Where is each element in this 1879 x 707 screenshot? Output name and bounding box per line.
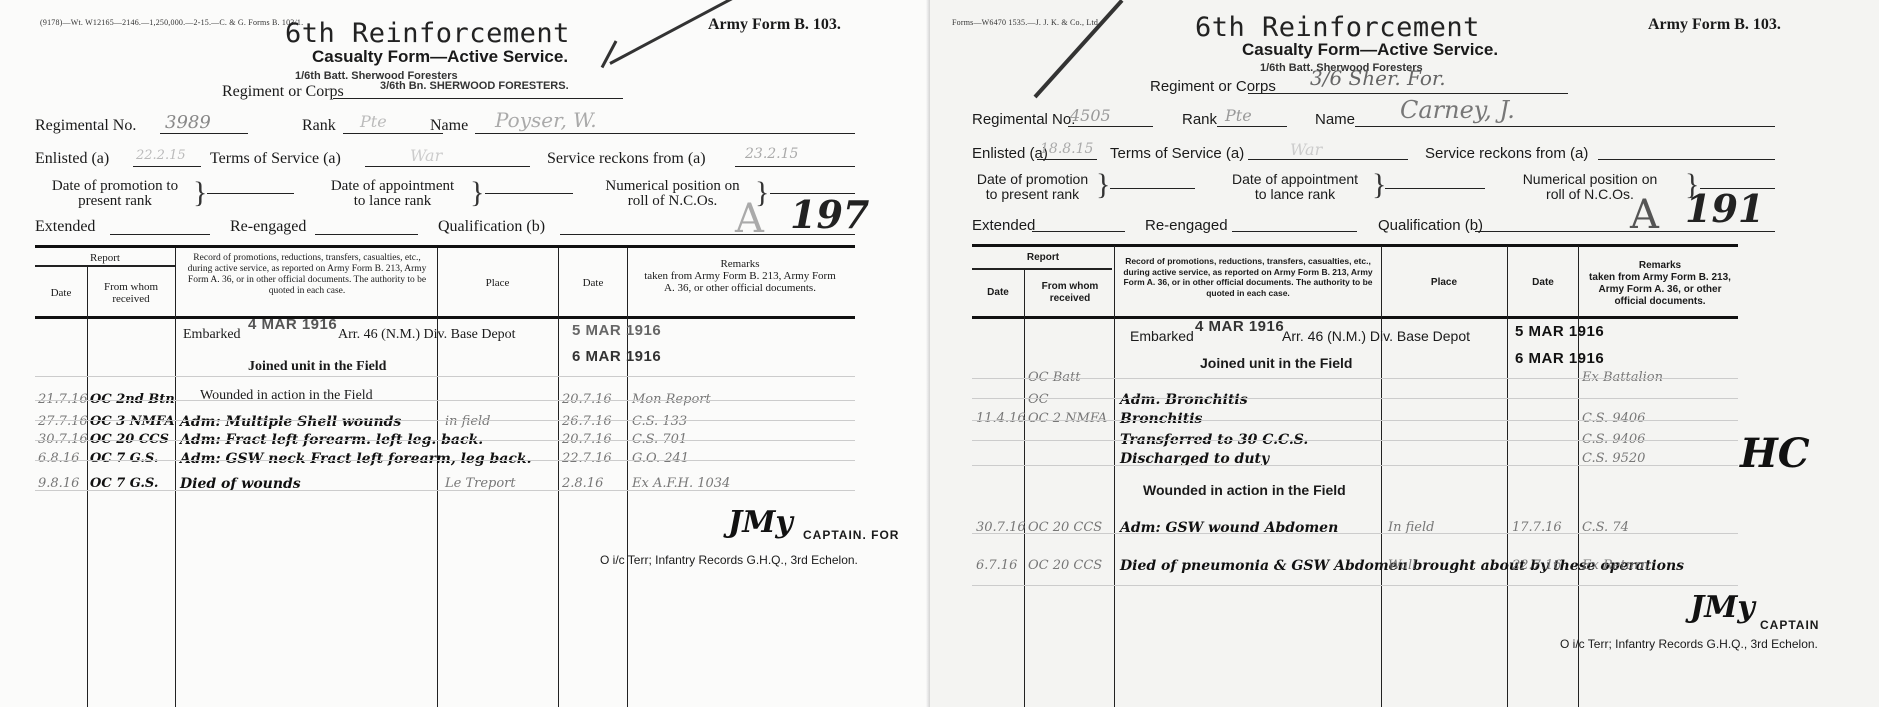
terms-of-service-value: War bbox=[1290, 140, 1322, 159]
appointment-label: Date of appointmentto lance rank bbox=[1210, 172, 1380, 202]
th-remarks-title: Remarks bbox=[1639, 260, 1681, 271]
qualification-label: Qualification (b) bbox=[438, 218, 545, 236]
th-remarks-sub: taken from Army Form B. 213, Army Form A… bbox=[644, 270, 836, 294]
th-record: Record of promotions, reductions, transf… bbox=[182, 253, 432, 297]
appointment-label: Date of appointmentto lance rank bbox=[310, 179, 475, 209]
captain-title: CAPTAIN bbox=[1760, 618, 1819, 632]
ruled-line bbox=[35, 400, 855, 401]
ruled-line bbox=[972, 585, 1738, 586]
ruled-line bbox=[972, 533, 1738, 534]
brace: } bbox=[1372, 168, 1386, 202]
embarked-stamp: 4 MAR 1916 bbox=[248, 316, 337, 333]
nco-label-line2: roll of N.C.Os. bbox=[1546, 186, 1634, 202]
enlisted-value: 22.2.15 bbox=[136, 148, 186, 163]
cell-date2: 26.7.16 bbox=[562, 414, 612, 429]
enlisted-label: Enlisted (a) bbox=[35, 150, 109, 168]
casualty-form-left: (9178)—Wt. W12165—2146.—1,250,000.—2-15.… bbox=[0, 0, 930, 707]
enlisted-value: 18.8.15 bbox=[1040, 141, 1093, 157]
cell-from: OC 20 CCS bbox=[1028, 558, 1102, 573]
ruled-line bbox=[972, 420, 1738, 421]
army-form-number: Army Form B. 103. bbox=[1648, 16, 1781, 34]
cell-place: Le Treport bbox=[445, 476, 516, 491]
embarked-label: Embarked bbox=[183, 327, 241, 343]
cell-record: Adm: Multiple Shell wounds bbox=[180, 414, 401, 430]
promotion-label-line1: Date of promotion to bbox=[52, 178, 178, 194]
cell-from: OC 7 G.S. bbox=[90, 476, 158, 491]
print-code: Forms—W6470 1535.—J. J. K. & Co., Ltd. bbox=[952, 18, 1100, 27]
army-form-number: Army Form B. 103. bbox=[708, 16, 841, 34]
print-code: (9178)—Wt. W12165—2146.—1,250,000.—2-15.… bbox=[40, 18, 303, 27]
service-reckons-value: 23.2.15 bbox=[745, 146, 798, 162]
cell-date: 6.7.16 bbox=[976, 558, 1017, 573]
appointment-label-line1: Date of appointment bbox=[1232, 171, 1358, 187]
regimental-no-label: Regimental No. bbox=[972, 111, 1075, 128]
records-office-stamp: O i/c Terr; Infantry Records G.H.Q., 3rd… bbox=[600, 553, 858, 567]
th-remarks-sub: taken from Army Form B. 213, Army Form A… bbox=[1589, 272, 1731, 307]
pen-arrow-head bbox=[601, 40, 618, 68]
cell-from: OC 2 NMFA bbox=[1028, 411, 1107, 426]
form-title: Casualty Form—Active Service. bbox=[312, 47, 568, 67]
records-office-stamp: O i/c Terr; Infantry Records G.H.Q., 3rd… bbox=[1560, 637, 1818, 651]
promotion-label-line1: Date of promotion bbox=[977, 171, 1088, 187]
ruled-line bbox=[35, 420, 855, 421]
nco-label-line1: Numerical position on bbox=[605, 178, 739, 194]
cell-record: Bronchitis bbox=[1120, 411, 1202, 427]
reinforcement-heading: 6th Reinforcement bbox=[285, 18, 570, 49]
name-label: Name bbox=[1315, 111, 1355, 128]
cell-remarks: C.S. 133 bbox=[632, 414, 687, 429]
cell-date: 27.7.16 bbox=[38, 414, 88, 429]
cell-place: in field bbox=[445, 414, 491, 429]
terms-of-service-value: War bbox=[410, 146, 442, 165]
joined-label: Joined unit in the Field bbox=[248, 359, 386, 375]
embarked-label: Embarked bbox=[1130, 328, 1194, 344]
table-top-rule bbox=[972, 244, 1738, 247]
cell-from: OC 3 NMFA bbox=[90, 414, 175, 429]
rank-label: Rank bbox=[1182, 111, 1217, 128]
nco-label-line2: roll of N.C.Os. bbox=[628, 193, 718, 209]
name-value: Poyser, W. bbox=[495, 108, 597, 132]
cell-record: Adm. Bronchitis bbox=[1120, 392, 1248, 408]
regiment-label: Regiment or Corps bbox=[222, 83, 344, 101]
rank-value: Pte bbox=[360, 112, 387, 131]
arrived-date-stamp: 5 MAR 1916 bbox=[1515, 323, 1604, 340]
name-label: Name bbox=[430, 117, 468, 135]
th-date2: Date bbox=[560, 277, 626, 289]
ruled-line bbox=[35, 460, 855, 461]
th-remarks-title: Remarks bbox=[720, 258, 759, 270]
th-date: Date bbox=[972, 287, 1024, 299]
arrived-label: Arr. 46 (N.M.) Div. Base Depot bbox=[1282, 328, 1470, 344]
service-reckons-label: Service reckons from (a) bbox=[547, 150, 706, 168]
th-date2: Date bbox=[1510, 277, 1576, 289]
arrived-date-stamp: 5 MAR 1916 bbox=[572, 322, 661, 339]
cell-from: OC 7 G.S. bbox=[90, 451, 158, 466]
captain-signature: JMy bbox=[1690, 590, 1755, 625]
reengaged-label: Re-engaged bbox=[1145, 217, 1228, 234]
wounded-label: Wounded in action in the Field bbox=[200, 388, 373, 404]
joined-date-stamp: 6 MAR 1916 bbox=[572, 348, 661, 365]
th-place: Place bbox=[1385, 277, 1503, 289]
cell-date2: 22.7.16 bbox=[1512, 558, 1562, 573]
cell-remarks: Ex Return bbox=[1582, 558, 1649, 573]
cell-date: 9.8.16 bbox=[38, 476, 79, 491]
terms-of-service-label: Terms of Service (a) bbox=[1110, 145, 1244, 162]
joined-date-stamp: 6 MAR 1916 bbox=[1515, 350, 1604, 367]
wounded-label: Wounded in action in the Field bbox=[1143, 482, 1346, 498]
appointment-label-line2: to lance rank bbox=[354, 193, 431, 209]
nco-label-line1: Numerical position on bbox=[1523, 171, 1658, 187]
brace: } bbox=[193, 176, 207, 210]
ruled-line bbox=[972, 398, 1738, 399]
cell-remarks: C.S. 9520 bbox=[1582, 451, 1645, 466]
name-value: Carney, J. bbox=[1400, 96, 1515, 124]
cell-date2: 2.8.16 bbox=[562, 476, 603, 491]
service-reckons-label: Service reckons from (a) bbox=[1425, 145, 1588, 162]
qualification-mark: A bbox=[1630, 192, 1659, 238]
cell-remarks: Ex A.F.H. 1034 bbox=[632, 476, 730, 491]
cell-from: OC bbox=[1028, 392, 1049, 407]
margin-initials: HC bbox=[1740, 430, 1810, 477]
cell-remarks: G.O. 241 bbox=[632, 451, 689, 466]
ruled-line bbox=[972, 378, 1738, 379]
embarked-stamp: 4 MAR 1916 bbox=[1195, 318, 1284, 335]
regimental-no-label: Regimental No. bbox=[35, 117, 136, 135]
th-report: Report bbox=[972, 252, 1114, 264]
ruled-line bbox=[972, 440, 1738, 441]
th-date: Date bbox=[35, 287, 87, 299]
extended-label: Extended bbox=[972, 217, 1035, 234]
cell-place: Wall bbox=[1388, 558, 1416, 573]
regiment-value: 3/6 Sher. For. bbox=[1310, 66, 1446, 90]
th-remarks: Remarkstaken from Army Form B. 213, Army… bbox=[1585, 260, 1735, 308]
ruled-line bbox=[35, 376, 855, 377]
brace: } bbox=[1096, 168, 1110, 202]
appointment-label-line2: to lance rank bbox=[1255, 186, 1335, 202]
brace: } bbox=[470, 176, 484, 210]
ruled-line bbox=[972, 465, 1738, 466]
casualty-form-right: Forms—W6470 1535.—J. J. K. & Co., Ltd. 6… bbox=[930, 0, 1879, 707]
regiment-value: 3/6th Bn. SHERWOOD FORESTERS. bbox=[380, 80, 569, 92]
captain-title: CAPTAIN. FOR bbox=[803, 528, 899, 542]
form-title: Casualty Form—Active Service. bbox=[1242, 40, 1498, 60]
reengaged-label: Re-engaged bbox=[230, 218, 306, 236]
th-place: Place bbox=[440, 277, 555, 289]
pen-slash-mark bbox=[1034, 0, 1124, 98]
ruled-line bbox=[35, 440, 855, 441]
qualification-number: 197 bbox=[790, 192, 869, 237]
captain-signature: JMy bbox=[728, 505, 793, 540]
joined-label: Joined unit in the Field bbox=[1200, 355, 1352, 371]
table-header-rule bbox=[35, 316, 855, 319]
nco-position-label: Numerical position onroll of N.C.Os. bbox=[1490, 172, 1690, 202]
appointment-label-line1: Date of appointment bbox=[331, 178, 454, 194]
promotion-label: Date of promotion topresent rank bbox=[35, 179, 195, 209]
promotion-label-line2: present rank bbox=[78, 193, 152, 209]
regimental-no-value: 3989 bbox=[165, 112, 211, 133]
table-top-rule bbox=[35, 245, 855, 248]
qualification-label: Qualification (b) bbox=[1378, 217, 1483, 234]
table-header-rule bbox=[972, 316, 1738, 319]
qualification-number: 191 bbox=[1685, 186, 1764, 231]
th-report: Report bbox=[35, 252, 175, 264]
promotion-label-line2: to present rank bbox=[986, 186, 1079, 202]
ruled-line bbox=[35, 490, 855, 491]
th-from-whom: From whom received bbox=[90, 281, 172, 305]
cell-date2: 22.7.16 bbox=[562, 451, 612, 466]
th-from-whom: From whom received bbox=[1030, 281, 1110, 305]
cell-remarks: C.S. 9406 bbox=[1582, 411, 1645, 426]
qualification-mark: A bbox=[735, 196, 764, 242]
reinforcement-heading: 6th Reinforcement bbox=[1195, 12, 1480, 43]
th-record: Record of promotions, reductions, transf… bbox=[1122, 256, 1374, 298]
extended-label: Extended bbox=[35, 218, 95, 236]
regimental-no-value: 4505 bbox=[1070, 106, 1111, 125]
rank-value: Pte bbox=[1225, 106, 1252, 125]
th-remarks: Remarkstaken from Army Form B. 213, Army… bbox=[640, 258, 840, 294]
arrived-label: Arr. 46 (N.M.) Div. Base Depot bbox=[338, 327, 516, 343]
terms-of-service-label: Terms of Service (a) bbox=[210, 150, 341, 168]
cell-date: 6.8.16 bbox=[38, 451, 79, 466]
cell-date: 11.4.16 bbox=[976, 411, 1026, 426]
cell-record: Adm: GSW neck Fract left forearm, leg ba… bbox=[180, 451, 531, 467]
nco-position-label: Numerical position onroll of N.C.Os. bbox=[585, 179, 760, 209]
rank-label: Rank bbox=[302, 117, 336, 135]
promotion-label: Date of promotionto present rank bbox=[965, 172, 1100, 202]
